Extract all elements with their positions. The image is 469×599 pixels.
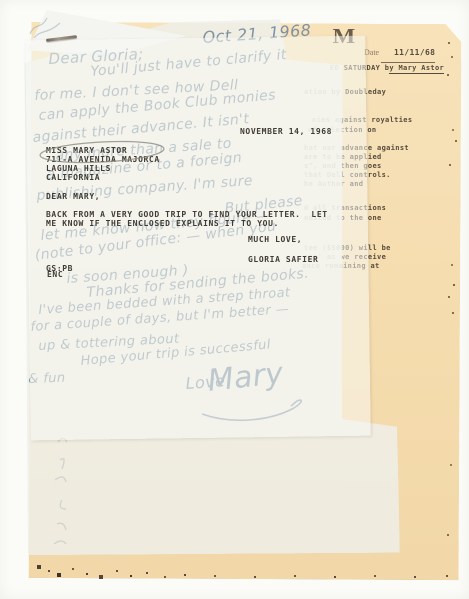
typed-closing: MUCH LOVE, xyxy=(248,235,302,244)
dirt-speckles xyxy=(34,560,36,562)
pencil-circle xyxy=(36,138,170,168)
pencil-bleed-marks xyxy=(46,434,102,558)
edge-speckles xyxy=(446,34,448,36)
typed-body-line: ME KNOW IF THE ENCLOSED EXPLAINS IT TO Y… xyxy=(46,219,279,228)
enclosure-note: ENC xyxy=(47,270,63,279)
memo-date-rule xyxy=(381,62,435,63)
typed-letter-sheet xyxy=(25,36,371,441)
scanned-letter-photo: M Date 11/11/68 ED SATURDAY by Mary Asto… xyxy=(0,0,469,599)
memo-date: 11/11/68 xyxy=(394,48,435,57)
typed-body-line: BACK FROM A VERY GOOD TRIP TO FIND YOUR … xyxy=(46,210,328,219)
memo-date-label: Date xyxy=(364,48,379,57)
typed-signer: GLORIA SAFIER xyxy=(248,255,318,264)
typed-salutation: DEAR MARY, xyxy=(46,192,100,201)
corner-pencil-scribble xyxy=(26,10,70,42)
recipient-state: CALIFORNIA xyxy=(46,173,100,182)
typed-date: NOVEMBER 14, 1968 xyxy=(240,127,332,136)
